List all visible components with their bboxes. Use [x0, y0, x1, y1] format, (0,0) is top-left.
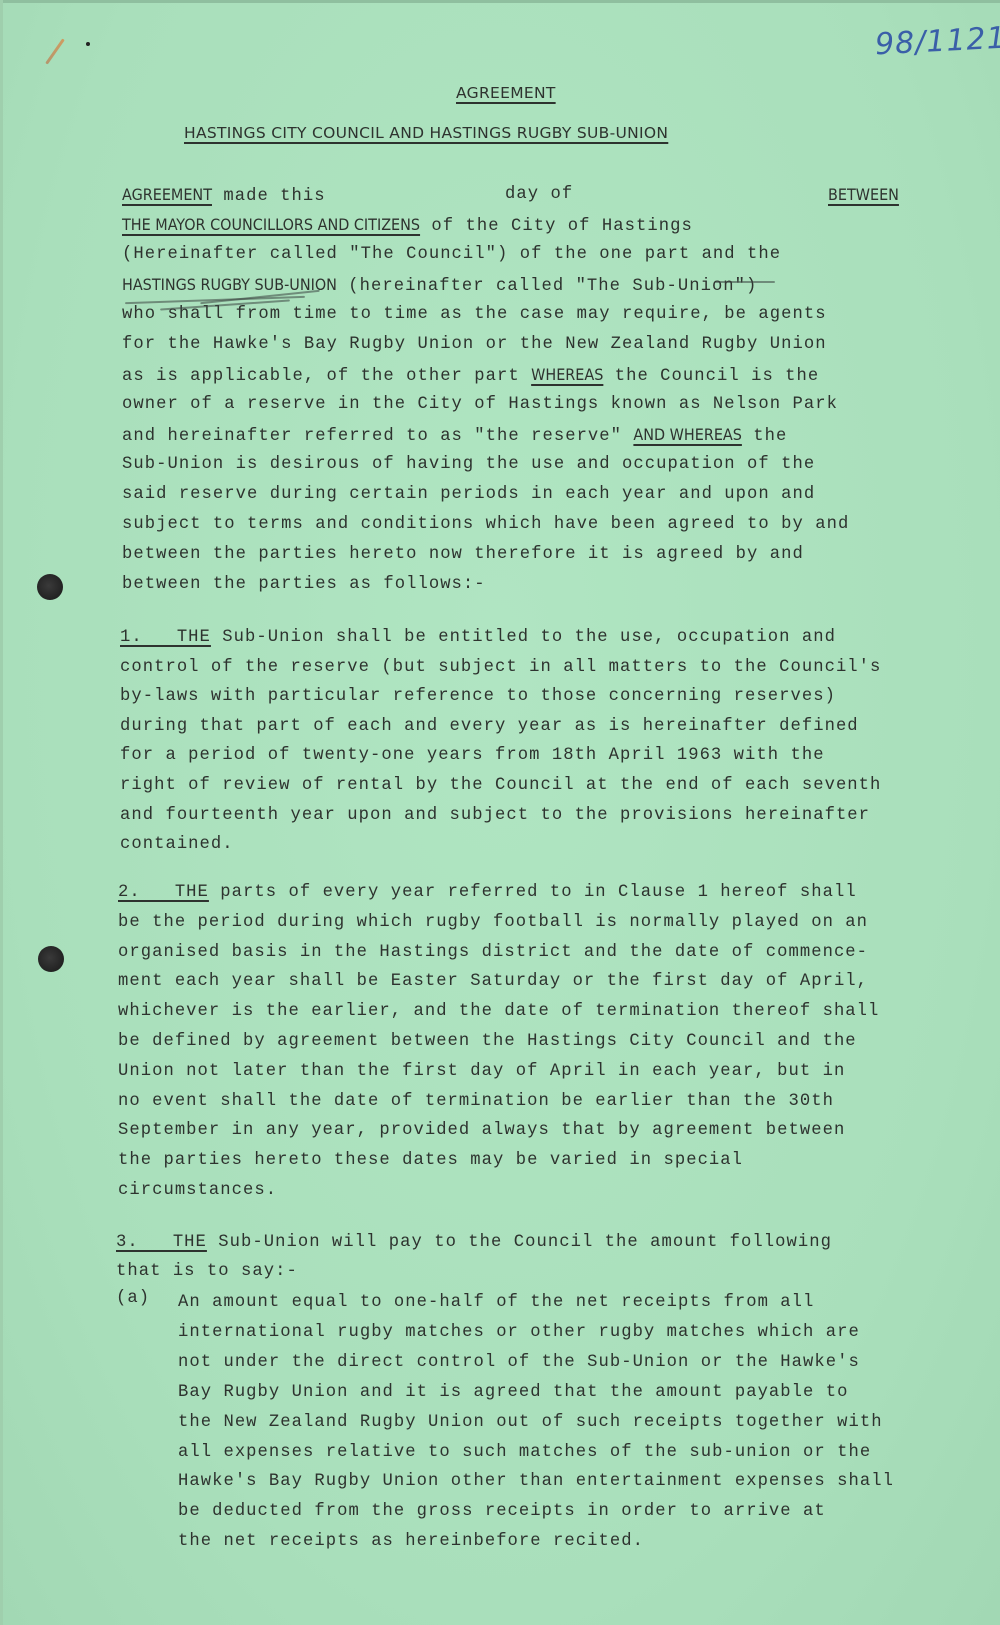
underlined-term: THE MAYOR COUNCILLORS AND CITIZENS — [122, 215, 420, 234]
underlined-term: 1. THE — [120, 628, 211, 647]
text-run: by-laws with particular reference to tho… — [120, 687, 836, 706]
text-run: for a period of twenty-one years from 18… — [120, 746, 825, 765]
clause-3-line: 3. THE Sub-Union will pay to the Council… — [116, 1233, 832, 1252]
preamble-line: subject to terms and conditions which ha… — [122, 515, 849, 534]
text-run: September in any year, provided always t… — [118, 1121, 845, 1140]
text-run: (Hereinafter called "The Council") of th… — [122, 245, 781, 264]
text-run: as is applicable, of the other part — [122, 367, 531, 386]
underlined-term: 3. THE — [116, 1233, 207, 1252]
clause-3a-line: Hawke's Bay Rugby Union other than enter… — [178, 1472, 894, 1491]
clause-1-line: during that part of each and every year … — [120, 717, 859, 736]
underlined-term: AND WHEREAS — [633, 425, 742, 444]
clause-3a-line: Bay Rugby Union and it is agreed that th… — [178, 1383, 849, 1402]
preamble-line: (Hereinafter called "The Council") of th… — [122, 245, 781, 264]
clause-3a-line: all expenses relative to such matches of… — [178, 1443, 871, 1462]
ink-dot — [86, 42, 90, 46]
clause-1-line: right of review of rental by the Council… — [120, 776, 881, 795]
clause-2-line: circumstances. — [118, 1181, 277, 1200]
text-run: day of — [505, 185, 573, 204]
underlined-term: BETWEEN — [828, 185, 899, 204]
clause-2-line: whichever is the earlier, and the date o… — [118, 1002, 879, 1021]
document-subtitle: HASTINGS CITY COUNCIL AND HASTINGS RUGBY… — [184, 124, 668, 142]
page-edge-top — [0, 0, 1000, 3]
clause-1-line: control of the reserve (but subject in a… — [120, 658, 881, 677]
clause-1-line: for a period of twenty-one years from 18… — [120, 746, 825, 765]
text-run: the — [742, 427, 787, 446]
document-page: 98/1121 AGREEMENT HASTINGS CITY COUNCIL … — [0, 0, 1000, 1625]
preamble-line: Sub-Union is desirous of having the use … — [122, 455, 815, 474]
clause-3a-line: be deducted from the gross receipts in o… — [178, 1502, 826, 1521]
text-run: international rugby matches or other rug… — [178, 1323, 860, 1342]
text-run: contained. — [120, 835, 234, 854]
clause-3a-line: international rugby matches or other rug… — [178, 1323, 860, 1342]
clause-2-line: September in any year, provided always t… — [118, 1121, 845, 1140]
text-run: Hawke's Bay Rugby Union other than enter… — [178, 1472, 894, 1491]
text-run: Union not later than the first day of Ap… — [118, 1062, 845, 1081]
pencil-mark — [45, 38, 65, 64]
clause-3a-label: (a) — [116, 1289, 150, 1308]
text-run: for the Hawke's Bay Rugby Union or the N… — [122, 335, 827, 354]
text-run: circumstances. — [118, 1181, 277, 1200]
text-run: the Council is the — [603, 367, 819, 386]
text-run: not under the direct control of the Sub-… — [178, 1353, 860, 1372]
clause-2-line: be the period during which rugby footbal… — [118, 913, 868, 932]
text-run: (hereinafter called "The Sub-Union") — [337, 277, 757, 296]
text-run: and fourteenth year upon and subject to … — [120, 806, 870, 825]
text-run: whichever is the earlier, and the date o… — [118, 1002, 879, 1021]
clause-2-line: organised basis in the Hastings district… — [118, 943, 868, 962]
text-run: be the period during which rugby footbal… — [118, 913, 868, 932]
clause-3-line: that is to say:- — [116, 1262, 298, 1281]
text-run: parts of every year referred to in Claus… — [209, 883, 857, 902]
underlined-term: AGREEMENT — [122, 185, 212, 204]
text-run: be defined by agreement between the Hast… — [118, 1032, 857, 1051]
clause-1-line: contained. — [120, 835, 234, 854]
text-run: during that part of each and every year … — [120, 717, 859, 736]
clause-3a-line: An amount equal to one-half of the net r… — [178, 1293, 814, 1312]
text-run: owner of a reserve in the City of Hastin… — [122, 395, 838, 414]
text-run: no event shall the date of termination b… — [118, 1092, 834, 1111]
clause-2-line: the parties hereto these dates may be va… — [118, 1151, 743, 1170]
text-run: the parties hereto these dates may be va… — [118, 1151, 743, 1170]
punch-hole-top — [37, 574, 63, 600]
text-run: made this — [212, 187, 326, 206]
clause-2-line: ment each year shall be Easter Saturday … — [118, 972, 868, 991]
text-run: Bay Rugby Union and it is agreed that th… — [178, 1383, 849, 1402]
text-run: the net receipts as hereinbefore recited… — [178, 1532, 644, 1551]
text-run: who shall from time to time as the case … — [122, 305, 827, 324]
preamble-line: who shall from time to time as the case … — [122, 305, 827, 324]
preamble-line: between the parties hereto now therefore… — [122, 545, 804, 564]
preamble-line: and hereinafter referred to as "the rese… — [122, 425, 787, 446]
text-run: Sub-Union is desirous of having the use … — [122, 455, 815, 474]
preamble-line: THE MAYOR COUNCILLORS AND CITIZENS of th… — [122, 215, 693, 236]
text-run: and hereinafter referred to as "the rese… — [122, 427, 633, 446]
clause-3a-line: the New Zealand Rugby Union out of such … — [178, 1413, 883, 1432]
text-run: said reserve during certain periods in e… — [122, 485, 815, 504]
text-run: control of the reserve (but subject in a… — [120, 658, 881, 677]
preamble-line: AGREEMENT made this — [122, 185, 326, 206]
clause-1-line: and fourteenth year upon and subject to … — [120, 806, 870, 825]
underlined-term: 2. THE — [118, 883, 209, 902]
text-run: all expenses relative to such matches of… — [178, 1443, 871, 1462]
preamble-line: owner of a reserve in the City of Hastin… — [122, 395, 838, 414]
text-run: Sub-Union will pay to the Council the am… — [207, 1233, 832, 1252]
clause-2-line: be defined by agreement between the Hast… — [118, 1032, 857, 1051]
text-run: subject to terms and conditions which ha… — [122, 515, 849, 534]
document-title: AGREEMENT — [456, 84, 556, 102]
underlined-term: WHEREAS — [531, 365, 603, 384]
pen-scribble — [715, 281, 775, 283]
preamble-line: between the parties as follows:- — [122, 575, 486, 594]
clause-3a-line: not under the direct control of the Sub-… — [178, 1353, 860, 1372]
clause-2-line: no event shall the date of termination b… — [118, 1092, 834, 1111]
preamble-line: as is applicable, of the other part WHER… — [122, 365, 819, 386]
clause-1-line: 1. THE Sub-Union shall be entitled to th… — [120, 628, 836, 647]
text-run: organised basis in the Hastings district… — [118, 943, 868, 962]
preamble-line: HASTINGS RUGBY SUB-UNION (hereinafter ca… — [122, 275, 757, 296]
clause-2-line: Union not later than the first day of Ap… — [118, 1062, 845, 1081]
text-run: between the parties as follows:- — [122, 575, 486, 594]
text-run: An amount equal to one-half of the net r… — [178, 1293, 814, 1312]
text-run: the New Zealand Rugby Union out of such … — [178, 1413, 883, 1432]
page-edge-left — [0, 0, 3, 1625]
clause-1-line: by-laws with particular reference to tho… — [120, 687, 836, 706]
punch-hole-bottom — [38, 946, 64, 972]
text-run: of the City of Hastings — [420, 217, 693, 236]
clause-2-line: 2. THE parts of every year referred to i… — [118, 883, 857, 902]
text-run: that is to say:- — [116, 1262, 298, 1281]
preamble-line: for the Hawke's Bay Rugby Union or the N… — [122, 335, 827, 354]
text-run: between the parties hereto now therefore… — [122, 545, 804, 564]
preamble-line-extra: day of — [505, 185, 573, 204]
text-run: be deducted from the gross receipts in o… — [178, 1502, 826, 1521]
text-run: right of review of rental by the Council… — [120, 776, 881, 795]
preamble-line-extra: BETWEEN — [828, 185, 899, 206]
preamble-line: said reserve during certain periods in e… — [122, 485, 815, 504]
text-run: Sub-Union shall be entitled to the use, … — [211, 628, 836, 647]
clause-3a-line: the net receipts as hereinbefore recited… — [178, 1532, 644, 1551]
text-run: ment each year shall be Easter Saturday … — [118, 972, 868, 991]
file-reference-handwritten: 98/1121 — [874, 21, 1000, 63]
